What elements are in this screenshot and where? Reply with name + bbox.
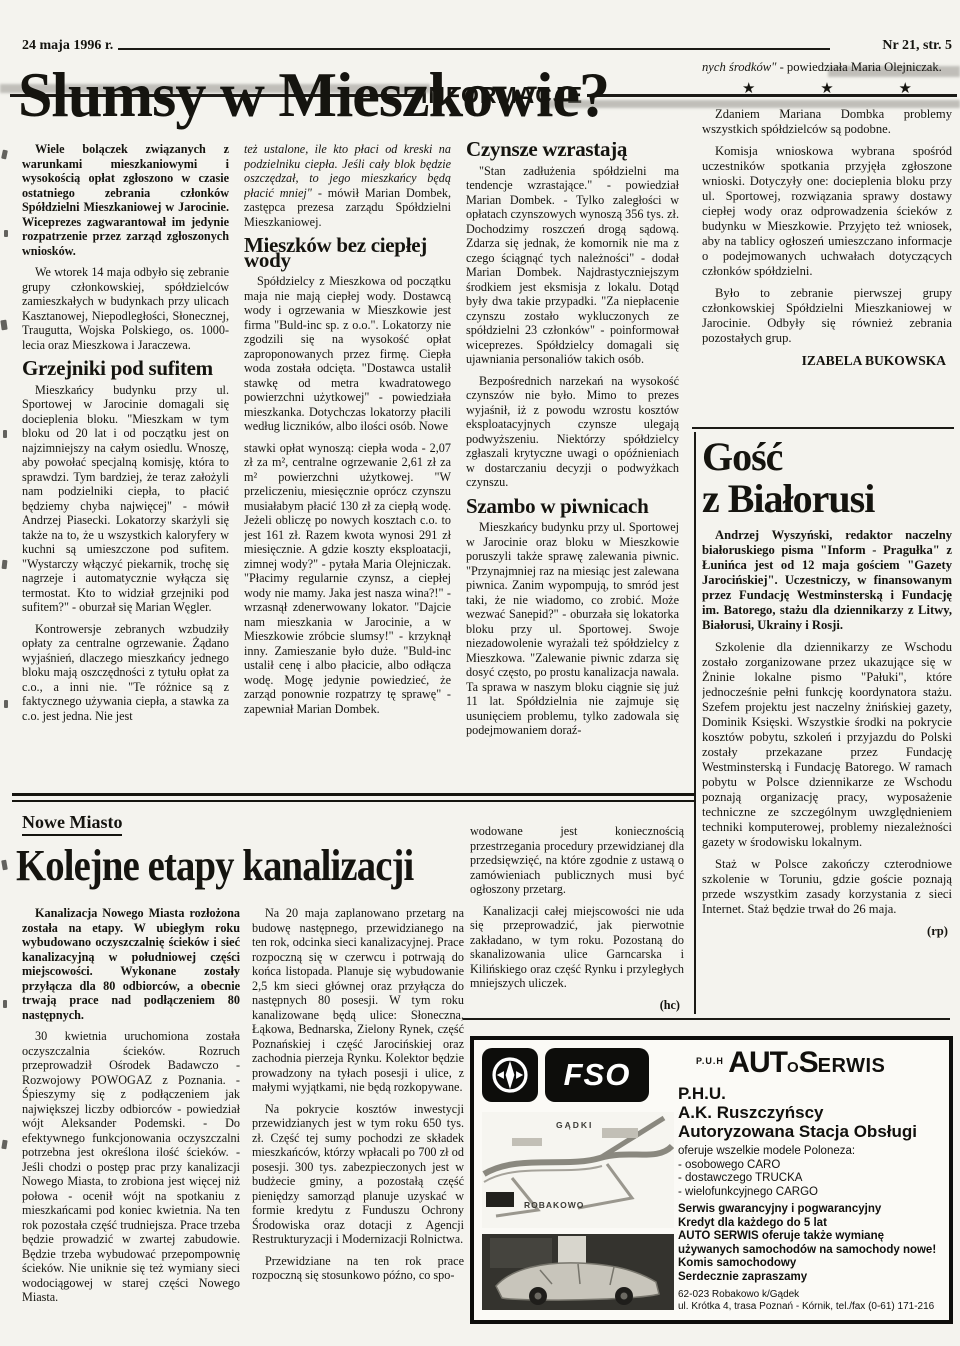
scan-artifact (4, 230, 8, 237)
highlight-line: Serdecznie zapraszamy (678, 1271, 942, 1285)
article-lead: Kanalizacja Nowego Miasta rozłożona zost… (22, 906, 240, 1022)
quote-text: nych środków" (702, 60, 776, 74)
gosc-headline: Gość z Białorusi (702, 436, 874, 520)
logo-s: S (799, 1046, 818, 1079)
gosc-headline-line2: z Białorusi (702, 478, 874, 520)
kanalizacja-headline: Kolejne etapy kanalizacji (16, 840, 413, 891)
rule-above-ad (463, 1018, 950, 1020)
section-heading-mieszkow: Mieszków bez ciepłej wody (244, 238, 451, 267)
star-icon: ★ (820, 82, 833, 97)
fso-emblem-svg (488, 1053, 532, 1097)
fso-emblem-icon (482, 1048, 538, 1102)
article-lead: Andrzej Wyszyński, redaktor naczelny bia… (702, 528, 952, 633)
article-paragraph: wodowane jest koniecznością przestrzegan… (470, 824, 684, 897)
article-paragraph: Staż w Polsce zakończy czterodniowe szko… (702, 857, 952, 917)
article-paragraph: Przewidziane na ten rok prace rozpoczną … (252, 1254, 464, 1283)
ad-text-block: P.U.H AUTOSERWIS P.H.U. A.K. Ruszczyńscy… (678, 1044, 942, 1312)
initials-signature: (rp) (702, 924, 952, 939)
section-heading-czynsze: Czynsze wzrastają (466, 142, 679, 157)
puh-label: P.U.H (696, 1056, 724, 1066)
article-paragraph: Było to zebranie pierwszej grupy członko… (702, 286, 952, 346)
article-paragraph: Komisja wnioskowa wybrana spośród uczest… (702, 144, 952, 279)
logo-o: O (787, 1059, 799, 1076)
location-map: GĄDKI ROBAKOWO (482, 1112, 674, 1228)
scan-artifact (1, 860, 8, 871)
article-paragraph: Kontrowersje zebranych wzbudziły opłaty … (22, 622, 229, 724)
continuation-fragment: nych środków" - powiedziała Maria Olejni… (702, 60, 952, 75)
kanalizacja-column-2: Na 20 maja zaplanowano przetarg na budow… (252, 906, 464, 1344)
address-line: 62-023 Robakowo k/Gądek (678, 1289, 942, 1301)
map-label-gadki: GĄDKI (556, 1120, 593, 1130)
article-paragraph: Mieszkańcy budynku przy ul. Sportowej w … (22, 383, 229, 615)
map-label-robakowo: ROBAKOWO (524, 1200, 584, 1210)
scan-artifact (1, 150, 8, 160)
company-line: Autoryzowana Stacja Obsługi (678, 1122, 942, 1141)
offer-intro: oferuje wszelkie modele Poloneza: (678, 1145, 942, 1159)
article-paragraph: Bezpośrednich narzekań na wysokość czyns… (466, 374, 679, 490)
kanalizacja-column-1: Kanalizacja Nowego Miasta rozłożona zost… (22, 906, 240, 1344)
article-paragraph: też ustalone, ile kto płaci od kreski na… (244, 142, 451, 229)
logo-aut: AUT (728, 1046, 787, 1079)
column-rule (694, 432, 696, 1014)
highlight-line: Serwis gwarancyjny i pogwarancyjny (678, 1203, 942, 1217)
article-paragraph: Szkolenie dla dziennikarzy ze Wschodu zo… (702, 640, 952, 850)
autoserwis-logo: P.U.H AUTOSERWIS (696, 1046, 942, 1080)
article-paragraph: We wtorek 14 maja odbyło się zebranie gr… (22, 265, 229, 352)
right-column-top: nych środków" - powiedziała Maria Olejni… (702, 60, 952, 428)
article-column-1: Wiele bolączek związanych z warunkami mi… (22, 142, 229, 794)
offer-item: - wielofunkcyjnego CARGO (678, 1186, 942, 1200)
article-column-3: Czynsze wzrastają "Stan zadłużenia spółd… (466, 142, 679, 794)
header-rule (118, 48, 830, 50)
star-icon: ★ (899, 82, 912, 97)
author-byline: IZABELA BUKOWSKA (702, 353, 952, 368)
address-line: ul. Krótka 4, trasa Poznań - Kórnik, tel… (678, 1301, 942, 1312)
article-paragraph: Na 20 maja zaplanowano przetarg na budow… (252, 906, 464, 1095)
article-paragraph: Spółdzielcy z Mieszkowa od początku maja… (244, 274, 451, 434)
main-headline: Slumsy w Mieszkowie? (18, 58, 668, 132)
article-paragraph: Zdaniem Mariana Dombka problemy wszystki… (702, 107, 952, 137)
article-paragraph: Mieszkańcy budynku przy ul. Sportowej w … (466, 520, 679, 738)
car-photo-sketch (482, 1234, 674, 1310)
highlight-line: AUTO SERWIS oferuje także wymianę (678, 1230, 942, 1244)
gosc-article: Andrzej Wyszyński, redaktor naczelny bia… (702, 528, 952, 1010)
kanalizacja-column-3: wodowane jest koniecznością przestrzegan… (470, 824, 684, 1014)
issue-date: 24 maja 1996 r. (22, 38, 113, 54)
offer-item: - dostawczego TRUCKA (678, 1172, 942, 1186)
kicker-nowe-miasto: Nowe Miasto (22, 812, 122, 836)
attribution-text: - powiedziała Maria Olejniczak. (776, 60, 941, 74)
scan-artifact (3, 430, 7, 438)
star-separator: ★ ★ ★ (742, 82, 912, 97)
company-line: A.K. Ruszczyńscy (678, 1103, 942, 1122)
star-icon: ★ (742, 82, 755, 97)
initials-signature: (hc) (470, 998, 684, 1013)
article-paragraph: 30 kwietnia uruchomiona została oczyszcz… (22, 1029, 240, 1305)
scan-artifact (2, 560, 8, 569)
highlight-line: Komis samochodowy (678, 1257, 942, 1271)
article-column-2: też ustalone, ile kto płaci od kreski na… (244, 142, 451, 794)
newspaper-page: 24 maja 1996 r. Nr 21, str. 5 INFORMACJE… (0, 0, 960, 1346)
logo-erwis: ERWIS (818, 1055, 886, 1077)
scan-artifact (4, 700, 8, 708)
scan-artifact (0, 320, 7, 331)
page-number: Nr 21, str. 5 (882, 38, 952, 54)
article-paragraph: Kanalizacji całej miejscowości nie uda s… (470, 904, 684, 991)
company-line: P.H.U. (678, 1084, 942, 1103)
fso-wordmark: FSO (545, 1048, 649, 1102)
fso-logo: FSO (482, 1048, 649, 1102)
advertisement: FSO GĄDKI ROBAKOWO (470, 1036, 953, 1324)
article-divider (12, 793, 695, 802)
article-lead: Wiele bolączek związanych z warunkami mi… (22, 142, 229, 258)
scan-artifact (3, 1000, 7, 1008)
scan-artifact (1, 1140, 7, 1150)
gosc-headline-line1: Gość (702, 436, 874, 478)
section-heading-szambo: Szambo w piwnicach (466, 499, 679, 514)
article-paragraph: "Stan zadłużenia spółdzielni ma tendencj… (466, 164, 679, 367)
rule-above-gosc (692, 427, 954, 429)
car-photo (482, 1234, 674, 1310)
article-paragraph: Na pokrycie kosztów inwestycji przewidzi… (252, 1102, 464, 1247)
offer-item: - osobowego CARO (678, 1159, 942, 1173)
highlight-line: Kredyt dla każdego do 5 lat (678, 1217, 942, 1231)
section-heading-grzejniki: Grzejniki pod sufitem (22, 361, 229, 376)
article-paragraph: stawki opłat wynoszą: ciepła woda - 2,07… (244, 441, 451, 717)
highlight-line: używanych samochodów na samochody nowe! (678, 1244, 942, 1258)
